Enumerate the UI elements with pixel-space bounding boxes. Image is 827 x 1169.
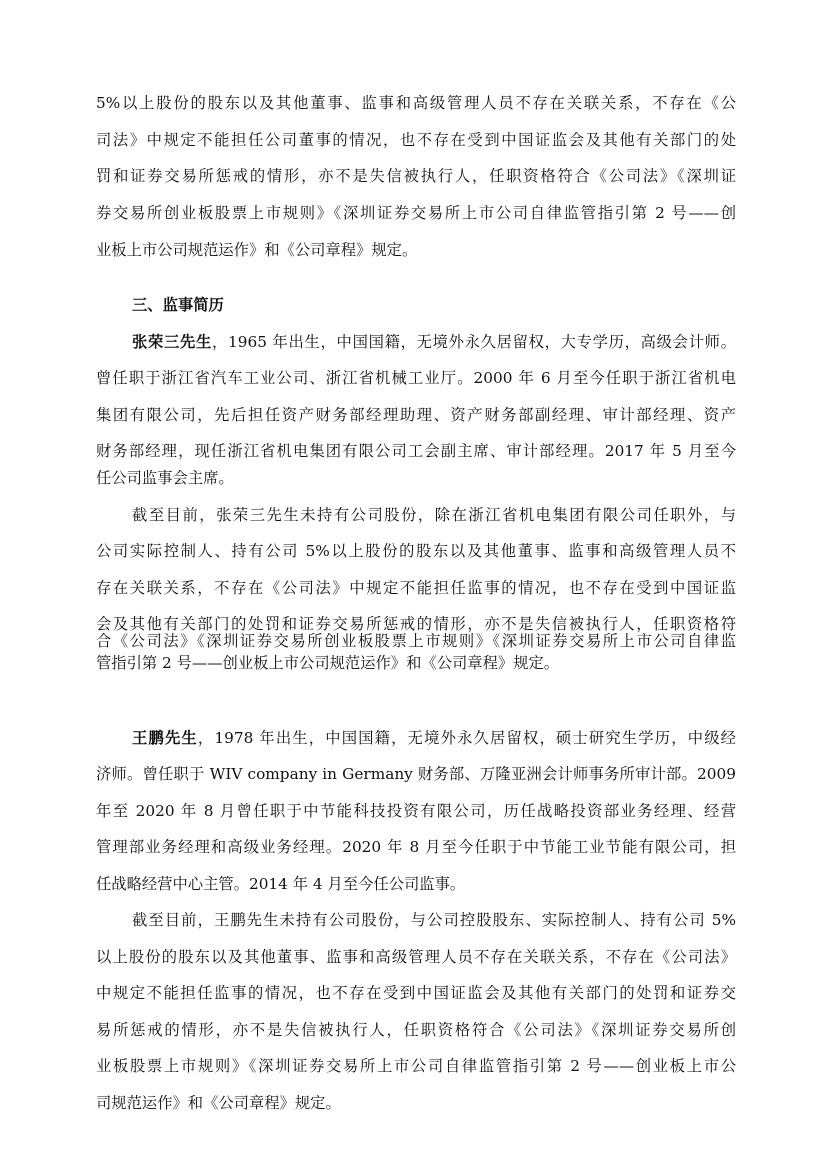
text-line: 任公司监事会主席。 xyxy=(96,468,736,488)
text-line: 济师。曾任职于 WIV company in Germany 财务部、万隆亚洲会… xyxy=(96,764,736,784)
text-line: 集团有限公司，先后担任资产财务部经理助理、资产财务部副经理、审计部经理、资产 xyxy=(96,405,736,425)
text-line: 中规定不能担任监事的情况，也不存在受到中国证监会及其他有关部门的处罚和证券交 xyxy=(96,983,736,1003)
text-line: 截至目前，王鹏先生未持有公司股份，与公司控股股东、实际控制人、持有公司 5% xyxy=(132,910,736,930)
text-line: 5%以上股份的股东以及其他董事、监事和高级管理人员不存在关联关系，不存在《公 xyxy=(96,93,736,113)
text-line: 易所惩戒的情形，亦不是失信被执行人，任职资格符合《公司法》《深圳证券交易所创 xyxy=(96,1020,736,1040)
text-line: 券交易所创业板股票上市规则》《深圳证券交易所上市公司自律监管指引第 2 号——创 xyxy=(96,203,736,223)
text-line: 王鹏先生，1978 年出生，中国国籍，无境外永久居留权，硕士研究生学历，中级经 xyxy=(132,728,736,748)
text-line: 张荣三先生，1965 年出生，中国国籍，无境外永久居留权，大专学历，高级会计师。 xyxy=(132,332,736,352)
text-line: 司规范运作》和《公司章程》规定。 xyxy=(96,1093,736,1113)
text-line: 合《公司法》《深圳证券交易所创业板股票上市规则》《深圳证券交易所上市公司自律监 xyxy=(96,631,736,651)
text-line: 年至 2020 年 8 月曾任职于中节能科技投资有限公司，历任战略投资部业务经理… xyxy=(96,801,736,821)
text-line: 管理部业务经理和高级业务经理。2020 年 8 月至今任职于中节能工业节能有限公… xyxy=(96,837,736,857)
text-line: 存在关联关系，不存在《公司法》中规定不能担任监事的情况，也不存在受到中国证监 xyxy=(96,578,736,598)
text-line: 截至目前，张荣三先生未持有公司股份，除在浙江省机电集团有限公司任职外，与 xyxy=(132,505,736,525)
bio-text: ，1978 年出生，中国国籍，无境外永久居留权，硕士研究生学历，中级经 xyxy=(198,729,736,747)
text-line: 任战略经营中心主管。2014 年 4 月至今任公司监事。 xyxy=(96,874,736,894)
person-name: 王鹏先生 xyxy=(132,729,198,747)
bio-text: ，1965 年出生，中国国籍，无境外永久居留权，大专学历，高级会计师。 xyxy=(212,333,736,351)
text-line: 业板上市公司规范运作》和《公司章程》规定。 xyxy=(96,240,736,260)
text-line: 罚和证券交易所惩戒的情形，亦不是失信被执行人，任职资格符合《公司法》《深圳证 xyxy=(96,166,736,186)
person-name: 张荣三先生 xyxy=(132,333,212,351)
text-line: 公司实际控制人、持有公司 5%以上股份的股东以及其他董事、监事和高级管理人员不 xyxy=(96,541,736,561)
text-line: 以上股份的股东以及其他董事、监事和高级管理人员不存在关联关系，不存在《公司法》 xyxy=(96,947,736,967)
text-line: 司法》中规定不能担任公司董事的情况，也不存在受到中国证监会及其他有关部门的处 xyxy=(96,130,736,150)
section-heading: 三、监事简历 xyxy=(132,295,224,315)
text-line: 曾任职于浙江省汽车工业公司、浙江省机械工业厅。2000 年 6 月至今任职于浙江… xyxy=(96,368,736,388)
text-line: 业板股票上市规则》《深圳证券交易所上市公司自律监管指引第 2 号——创业板上市公 xyxy=(96,1056,736,1076)
text-line: 财务部经理，现任浙江省机电集团有限公司工会副主席、审计部经理。2017 年 5 … xyxy=(96,441,736,461)
text-line: 管指引第 2 号——创业板上市公司规范运作》和《公司章程》规定。 xyxy=(96,653,736,673)
